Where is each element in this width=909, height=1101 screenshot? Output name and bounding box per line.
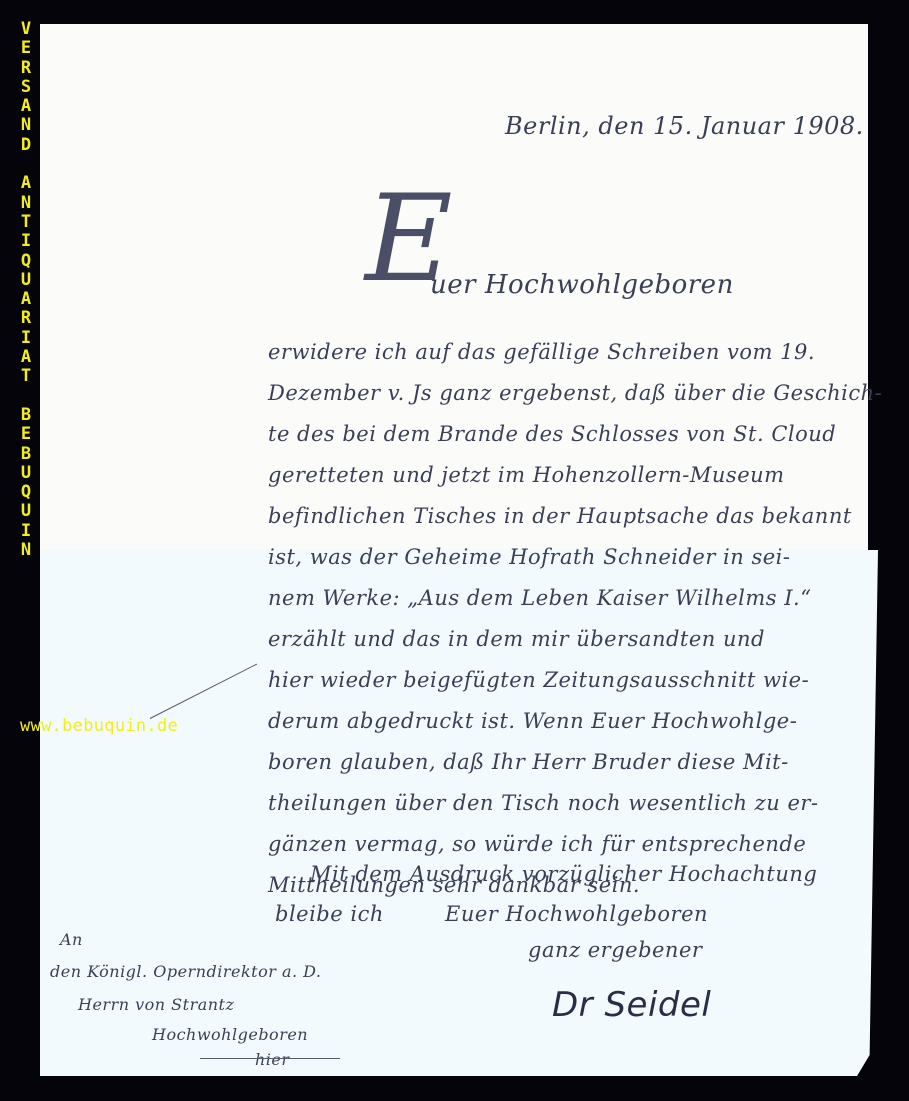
watermark-letter: U <box>14 502 38 521</box>
watermark-letter: Q <box>14 252 38 271</box>
signature: Dr Seidel <box>552 985 711 1025</box>
watermark-letter <box>14 387 38 406</box>
closing-line: ganz ergebener <box>528 938 702 962</box>
address-line: hier <box>255 1050 290 1069</box>
watermark-letter: N <box>14 116 38 135</box>
watermark-letter: E <box>14 39 38 58</box>
watermark-letter: A <box>14 290 38 309</box>
watermark-letter: S <box>14 78 38 97</box>
body-line: Dezember v. Js ganz ergebenst, daß über … <box>268 381 882 405</box>
watermark-letter: D <box>14 136 38 155</box>
address-line: Herrn von Strantz <box>78 995 234 1014</box>
watermark-letter: E <box>14 425 38 444</box>
closing-line: Mit dem Ausdruck vorzüglicher Hochachtun… <box>310 862 817 886</box>
watermark-letter: N <box>14 194 38 213</box>
body-line: boren glauben, daß Ihr Herr Bruder diese… <box>268 750 789 774</box>
watermark-letter: U <box>14 271 38 290</box>
body-line: hier wieder beigefügten Zeitungsausschni… <box>268 668 809 692</box>
watermark-letter: A <box>14 97 38 116</box>
watermark-letter: N <box>14 541 38 560</box>
address-flourish <box>200 1058 340 1059</box>
watermark-vertical: VERSANDANTIQUARIATBEBUQUIN <box>14 20 38 560</box>
watermark-letter: I <box>14 329 38 348</box>
address-line: An <box>60 930 83 949</box>
watermark-letter: I <box>14 232 38 251</box>
closing-line: Euer Hochwohlgeboren <box>445 902 708 926</box>
watermark-letter: R <box>14 59 38 78</box>
body-line: gänzen vermag, so würde ich für entsprec… <box>268 832 806 856</box>
watermark-letter: R <box>14 309 38 328</box>
body-line: ist, was der Geheime Hofrath Schneider i… <box>268 545 791 569</box>
watermark-letter: U <box>14 464 38 483</box>
watermark-url: www.bebuquin.de <box>20 716 178 736</box>
watermark-letter: A <box>14 348 38 367</box>
watermark-letter: I <box>14 522 38 541</box>
watermark-letter: T <box>14 367 38 386</box>
body-line: derum abgedruckt ist. Wenn Euer Hochwohl… <box>268 709 797 733</box>
address-line: Hochwohlgeboren <box>152 1025 308 1044</box>
watermark-letter <box>14 155 38 174</box>
watermark-letter: Q <box>14 483 38 502</box>
body-line: befindlichen Tisches in der Hauptsache d… <box>268 504 852 528</box>
closing-line: bleibe ich <box>275 902 384 926</box>
body-line: te des bei dem Brande des Schlosses von … <box>268 422 836 446</box>
watermark-letter: B <box>14 406 38 425</box>
watermark-letter: A <box>14 174 38 193</box>
date-line: Berlin, den 15. Januar 1908. <box>505 112 864 140</box>
salutation: uer Hochwohlgeboren <box>430 270 734 300</box>
address-line: den Königl. Operndirektor a. D. <box>50 962 322 981</box>
body-line: theilungen über den Tisch noch wesentlic… <box>268 791 819 815</box>
watermark-letter: T <box>14 213 38 232</box>
body-line: geretteten und jetzt im Hohenzollern-Mus… <box>268 463 785 487</box>
body-line: erzählt und das in dem mir übersandten u… <box>268 627 765 651</box>
watermark-letter: B <box>14 445 38 464</box>
watermark-letter: V <box>14 20 38 39</box>
body-line: erwidere ich auf das gefällige Schreiben… <box>268 340 815 364</box>
body-line: nem Werke: „Aus dem Leben Kaiser Wilhelm… <box>268 586 811 610</box>
